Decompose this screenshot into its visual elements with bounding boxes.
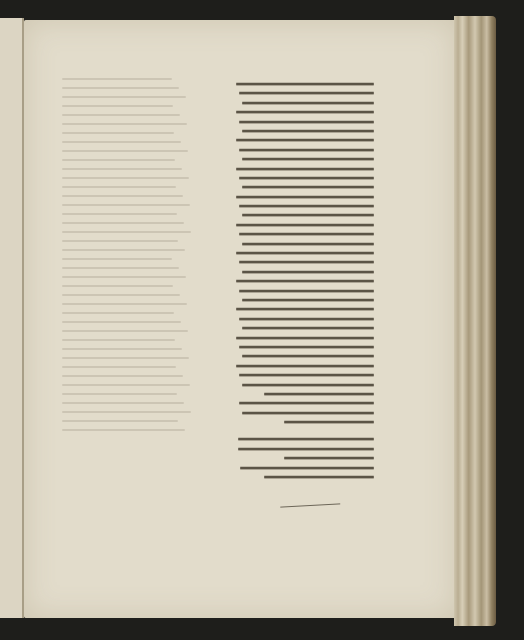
bleed-line bbox=[62, 321, 181, 323]
text-line bbox=[232, 268, 374, 277]
text-line bbox=[232, 99, 374, 108]
bleed-line bbox=[62, 402, 184, 404]
bleed-line bbox=[62, 204, 190, 206]
facing-page-edge bbox=[0, 18, 24, 618]
bleed-line bbox=[62, 294, 180, 296]
text-line bbox=[232, 127, 374, 136]
text-line bbox=[232, 409, 374, 418]
text-line bbox=[232, 324, 374, 333]
text-line bbox=[232, 435, 374, 444]
bleed-line bbox=[62, 285, 173, 287]
text-line bbox=[232, 371, 374, 380]
text-line bbox=[232, 174, 374, 183]
text-line bbox=[232, 334, 374, 343]
bleed-line bbox=[62, 339, 175, 341]
bleed-line bbox=[62, 168, 182, 170]
handwritten-text-block bbox=[232, 80, 374, 482]
bleed-through-text bbox=[62, 78, 192, 498]
bleed-line bbox=[62, 366, 176, 368]
bleed-line bbox=[62, 429, 185, 431]
bleed-line bbox=[62, 258, 172, 260]
bleed-line bbox=[62, 150, 188, 152]
text-line bbox=[232, 240, 374, 249]
text-line bbox=[232, 287, 374, 296]
text-line bbox=[232, 249, 374, 258]
bleed-line bbox=[62, 222, 184, 224]
text-line bbox=[232, 221, 374, 230]
bleed-line bbox=[62, 420, 178, 422]
bleed-line bbox=[62, 267, 179, 269]
text-line bbox=[232, 183, 374, 192]
text-line bbox=[232, 155, 374, 164]
text-line bbox=[232, 296, 374, 305]
bleed-line bbox=[62, 375, 183, 377]
bleed-line bbox=[62, 96, 186, 98]
text-line bbox=[232, 454, 374, 463]
bleed-line bbox=[62, 357, 189, 359]
text-line bbox=[232, 165, 374, 174]
page-edges bbox=[454, 16, 496, 626]
bleed-line bbox=[62, 105, 173, 107]
text-line bbox=[232, 89, 374, 98]
text-line bbox=[232, 193, 374, 202]
bleed-line bbox=[62, 213, 177, 215]
text-line bbox=[232, 305, 374, 314]
text-line bbox=[232, 352, 374, 361]
text-line bbox=[232, 362, 374, 371]
text-line bbox=[232, 381, 374, 390]
text-line bbox=[232, 136, 374, 145]
bleed-line bbox=[62, 411, 191, 413]
bleed-line bbox=[62, 159, 175, 161]
bleed-line bbox=[62, 186, 176, 188]
bleed-line bbox=[62, 393, 177, 395]
text-line bbox=[232, 118, 374, 127]
text-line bbox=[232, 464, 374, 473]
bleed-line bbox=[62, 384, 190, 386]
text-line bbox=[232, 390, 374, 399]
bleed-line bbox=[62, 312, 174, 314]
bleed-line bbox=[62, 123, 187, 125]
bleed-line bbox=[62, 276, 186, 278]
bleed-line bbox=[62, 249, 185, 251]
text-line bbox=[232, 108, 374, 117]
bleed-line bbox=[62, 141, 181, 143]
bleed-line bbox=[62, 240, 178, 242]
bleed-line bbox=[62, 87, 179, 89]
text-line bbox=[232, 315, 374, 324]
bleed-line bbox=[62, 330, 188, 332]
bleed-line bbox=[62, 195, 183, 197]
text-line bbox=[232, 445, 374, 454]
text-line bbox=[232, 80, 374, 89]
bleed-line bbox=[62, 231, 191, 233]
bleed-line bbox=[62, 303, 187, 305]
bleed-line bbox=[62, 78, 172, 80]
text-line bbox=[232, 258, 374, 267]
bleed-line bbox=[62, 132, 174, 134]
bleed-line bbox=[62, 114, 180, 116]
bleed-line bbox=[62, 348, 182, 350]
text-line bbox=[232, 399, 374, 408]
text-line bbox=[232, 277, 374, 286]
text-line bbox=[232, 473, 374, 482]
text-line bbox=[232, 211, 374, 220]
text-line bbox=[232, 202, 374, 211]
text-line bbox=[232, 230, 374, 239]
text-line bbox=[232, 146, 374, 155]
text-line bbox=[232, 343, 374, 352]
bleed-line bbox=[62, 177, 189, 179]
text-line bbox=[232, 418, 374, 427]
